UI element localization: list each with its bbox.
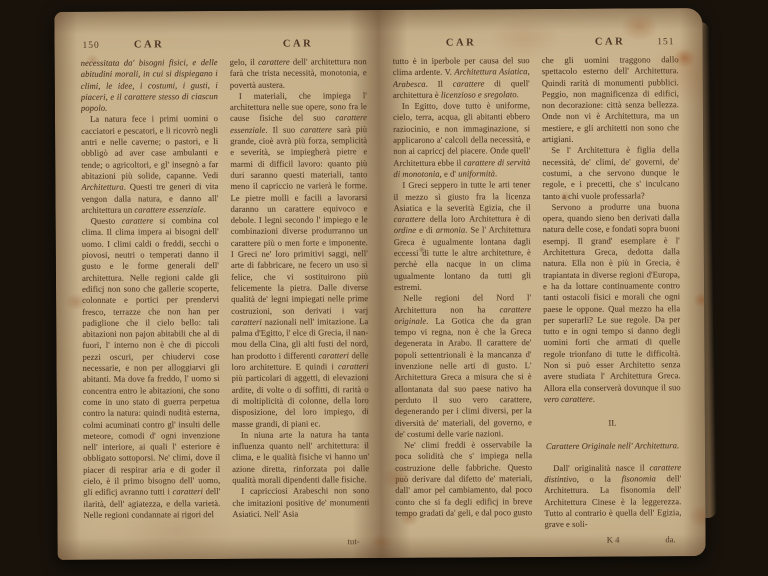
paragraph: necessitata da' bisogni fisici, e delle … xyxy=(81,57,218,114)
catchword-right: da. xyxy=(665,534,675,544)
column-text: gelo, il carattere dell' architettura no… xyxy=(230,56,370,549)
running-head-text: CAR xyxy=(283,38,313,49)
paragraph: tutto è in iperbole per causa del suo cl… xyxy=(393,55,530,101)
paragraph: Questo carattere si combina col clima. I… xyxy=(82,215,221,521)
paragraph: I Greci seppero in tutte le arti tener i… xyxy=(393,179,531,293)
paragraph: In Egitto, dove tutto è uniforme, cielo,… xyxy=(393,100,530,180)
running-head-text: CAR xyxy=(134,39,164,50)
catchword-left: tut- xyxy=(348,536,360,546)
running-head: 150 CAR xyxy=(81,39,218,56)
column-2: CAR gelo, il carattere dell' architettur… xyxy=(230,38,370,549)
column-1: 150 CAR necessitata da' bisogni fisici, … xyxy=(81,39,221,550)
running-head: CAR xyxy=(230,38,367,55)
page-right: CAR tutto è in iperbole per causa del su… xyxy=(378,8,705,558)
column-text: che gli uomini traggono dallo spettacolo… xyxy=(542,54,682,547)
paragraph: Ne' climi freddi è osservabile la poca s… xyxy=(395,439,532,519)
book-spread: 150 CAR necessitata da' bisogni fisici, … xyxy=(54,8,705,560)
section-number: II. xyxy=(544,417,681,429)
photo-backdrop: 150 CAR necessitata da' bisogni fisici, … xyxy=(0,0,768,576)
page-number-left: 150 xyxy=(83,41,100,51)
paragraph: In niuna arte la natura ha tanta influen… xyxy=(232,429,369,486)
paragraph: che gli uomini traggono dallo spettacolo… xyxy=(542,54,680,145)
page-left: 150 CAR necessitata da' bisogni fisici, … xyxy=(54,10,381,560)
column-4: CAR 151 che gli uomini traggono dallo sp… xyxy=(541,36,681,547)
signature-row: K 4 da. xyxy=(545,534,682,545)
paragraph: Se l' Architettura è figlia della necess… xyxy=(542,145,679,202)
paragraph: gelo, il carattere dell' architettura no… xyxy=(230,56,367,91)
running-head: CAR xyxy=(392,37,529,54)
page-number-right: 151 xyxy=(657,37,674,47)
signature-mark: K 4 xyxy=(607,535,620,545)
paragraph: Servono a produrre una buona opera, quan… xyxy=(543,201,681,405)
running-head-text: CAR xyxy=(446,37,476,48)
paragraph: I capricciosi Arabeschi non sono che imi… xyxy=(232,485,369,520)
running-head: CAR 151 xyxy=(541,36,678,53)
column-text: tutto è in iperbole per causa del suo cl… xyxy=(393,55,533,548)
column-3: CAR tutto è in iperbole per causa del su… xyxy=(392,37,532,548)
paragraph: La natura fece i primi uomini o cacciato… xyxy=(81,113,219,216)
paragraph: Dall' originalità nasce il carattere dis… xyxy=(544,462,681,531)
paragraph: Nelle regioni del Nord l' Architettura n… xyxy=(394,292,532,440)
paragraph: I materiali, che impiega l' architettura… xyxy=(230,90,369,430)
column-text: necessitata da' bisogni fisici, e delle … xyxy=(81,57,221,550)
running-head-text: CAR xyxy=(595,36,625,47)
section-heading: Carattere Originale nell' Architettura. xyxy=(544,440,681,452)
